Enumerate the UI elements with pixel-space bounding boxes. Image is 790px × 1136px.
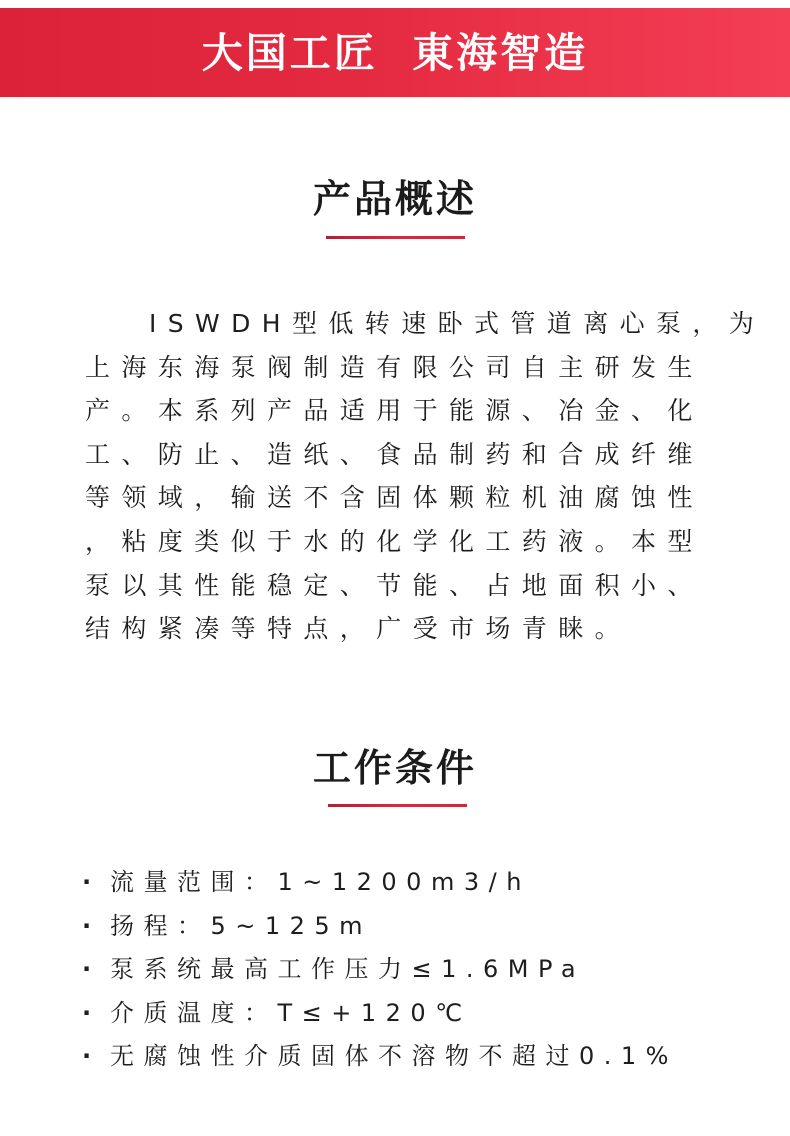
bullet-dot-icon: · [82, 1038, 110, 1074]
paragraph-line: ，粘度类似于水的化学化工药液。本型 [85, 522, 725, 566]
list-item: ·介质温度：T≤+120℃ [82, 995, 742, 1039]
list-item: ·泵系统最高工作压力≤1.6MPa [82, 951, 742, 995]
banner-title: 大国工匠 東海智造 [0, 30, 790, 76]
condition-text: 泵系统最高工作压力≤1.6MPa [110, 955, 585, 983]
section-heading-overview: 产品概述 [0, 176, 790, 222]
paragraph-line: 工、防止、造纸、食品制药和合成纤维 [85, 435, 725, 479]
paragraph-line: 等领域，输送不含固体颗粒机油腐蚀性 [85, 478, 725, 522]
bullet-dot-icon: · [82, 908, 110, 944]
heading-underline-overview [326, 236, 465, 239]
header-banner: 大国工匠 東海智造 [0, 8, 790, 97]
paragraph-line: 上海东海泵阀制造有限公司自主研发生 [85, 348, 725, 392]
condition-text: 扬程：5~125m [110, 912, 372, 940]
list-item: ·扬程：5~125m [82, 908, 742, 952]
list-item: ·无腐蚀性介质固体不溶物不超过0.1% [82, 1038, 742, 1082]
overview-paragraph: ISWDH型低转速卧式管道离心泵，为 上海东海泵阀制造有限公司自主研发生 产。本… [85, 304, 725, 653]
condition-text: 无腐蚀性介质固体不溶物不超过0.1% [110, 1042, 678, 1070]
condition-text: 流量范围：1~1200m3/h [110, 868, 531, 896]
paragraph-line: 结构紧凑等特点，广受市场青睐。 [85, 609, 725, 653]
heading-underline-conditions [328, 804, 467, 807]
paragraph-line: ISWDH型低转速卧式管道离心泵，为 [85, 304, 725, 348]
bullet-dot-icon: · [82, 995, 110, 1031]
condition-text: 介质温度：T≤+120℃ [110, 999, 472, 1027]
list-item: ·流量范围：1~1200m3/h [82, 864, 742, 908]
section-heading-conditions: 工作条件 [0, 745, 790, 791]
paragraph-line: 泵以其性能稳定、节能、占地面积小、 [85, 566, 725, 610]
bullet-dot-icon: · [82, 951, 110, 987]
bullet-dot-icon: · [82, 864, 110, 900]
working-conditions-list: ·流量范围：1~1200m3/h ·扬程：5~125m ·泵系统最高工作压力≤1… [82, 864, 742, 1082]
paragraph-line: 产。本系列产品适用于能源、冶金、化 [85, 391, 725, 435]
